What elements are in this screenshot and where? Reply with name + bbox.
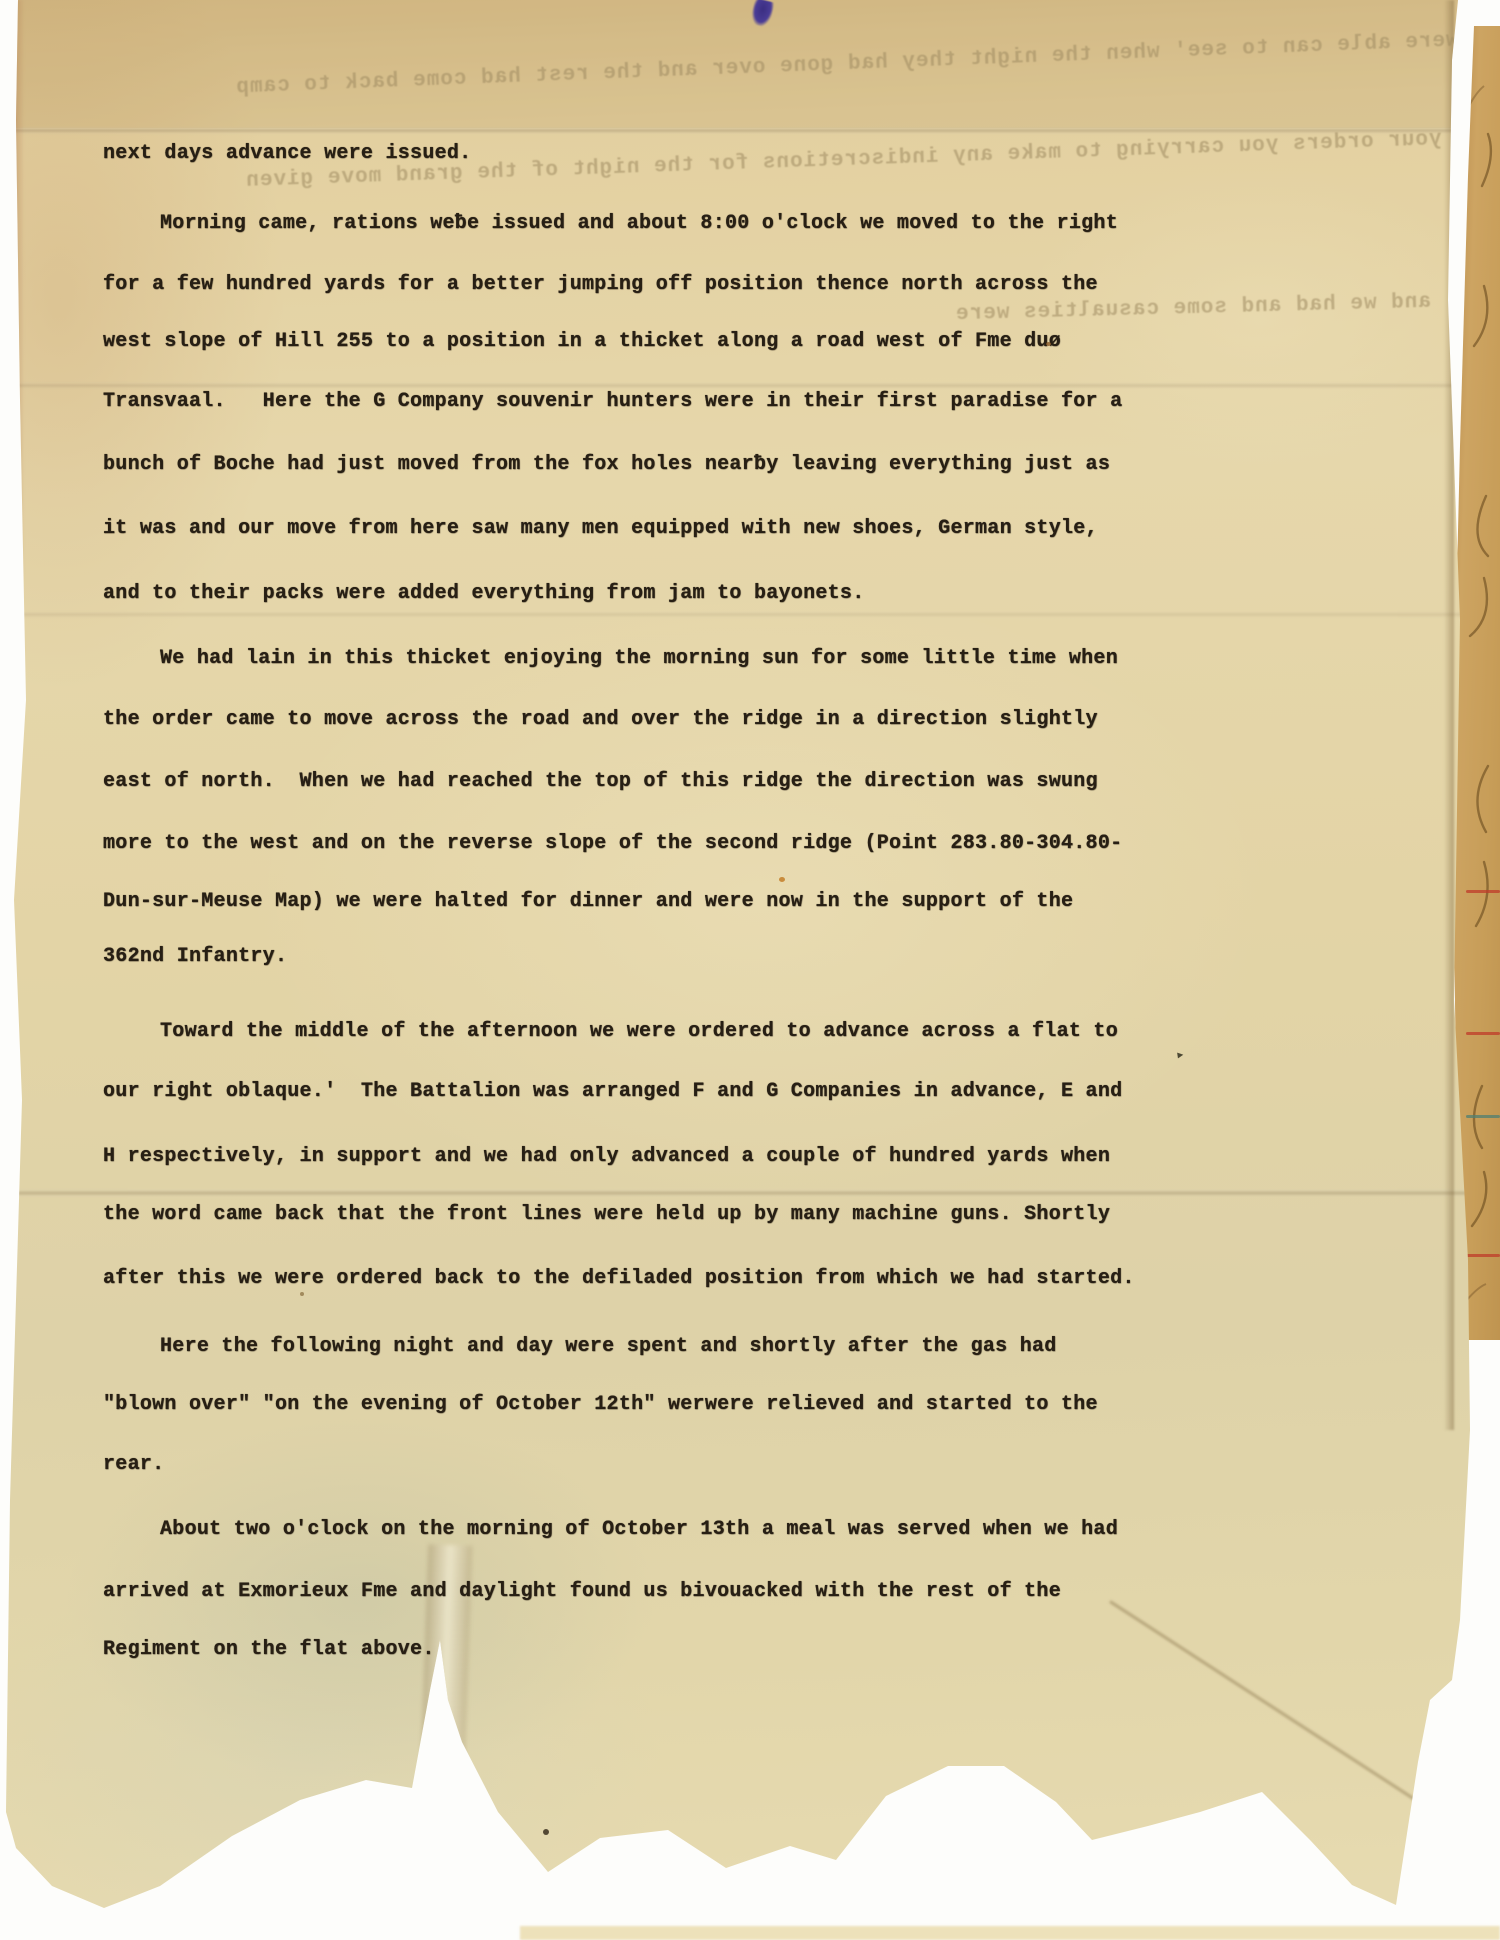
stray-arrow-mark: ▸	[1175, 1047, 1186, 1063]
typed-line: We had lain in this thicket enjoying the…	[160, 646, 1118, 672]
typed-line: Dun-sur-Meuse Map) we were halted for di…	[103, 889, 1073, 915]
bottom-paper-sliver	[520, 1926, 1500, 1940]
ledger-rule-line	[1466, 890, 1500, 893]
paper-speck	[1108, 1874, 1112, 1878]
typed-line: more to the west and on the reverse slop…	[103, 831, 1122, 857]
paper-speck	[300, 1292, 304, 1296]
diagonal-crease	[1109, 1600, 1421, 1804]
typed-line: Regiment on the flat above.	[103, 1637, 435, 1663]
typed-line: 362nd Infantry.	[103, 944, 287, 970]
paper-speck	[543, 1829, 549, 1835]
ledger-rule-line	[1466, 1032, 1500, 1035]
typed-line: our right oblaque.' The Battalion was ar…	[103, 1079, 1122, 1105]
paper-left-edge	[8, 0, 24, 580]
paper-right-edge	[1444, 0, 1454, 1430]
typed-line: the word came back that the front lines …	[103, 1202, 1110, 1228]
typed-line: and to their packs were added everything…	[103, 581, 864, 607]
crease-fold	[0, 1190, 1500, 1196]
typed-line: Toward the middle of the afternoon we we…	[160, 1019, 1118, 1045]
typed-line: next days advance were issued.	[103, 141, 471, 167]
typed-line: Morning came, rations weƀe issued and ab…	[160, 211, 1118, 237]
ledger-rule-line	[1466, 1115, 1500, 1118]
typed-line: About two o'clock on the morning of Octo…	[160, 1517, 1118, 1543]
typed-line: rear.	[103, 1452, 164, 1478]
typed-line: Transvaal. Here the G Company souvenir h…	[103, 389, 1122, 415]
typed-line: the order came to move across the road a…	[103, 707, 1098, 733]
typed-line: bunch of Boche had just moved from the f…	[103, 452, 1110, 478]
typed-line: west slope of Hill 255 to a position in …	[103, 329, 1061, 355]
scanned-document-page: { "document": { "description": "Typewrit…	[0, 0, 1500, 1940]
paper-speck	[1046, 342, 1051, 346]
ledger-rule-line	[1466, 1254, 1500, 1257]
typed-line: H respectively, in support and we had on…	[103, 1144, 1110, 1170]
typed-line: for a few hundred yards for a better jum…	[103, 272, 1098, 298]
paper-sheet: were able can to see' when the night the…	[0, 0, 1500, 1940]
paper-speck	[779, 877, 785, 882]
typed-line: east of north. When we had reached the t…	[103, 769, 1098, 795]
typed-line: Here the following night and day were sp…	[160, 1334, 1057, 1360]
typed-line: "blown over" "on the evening of October …	[103, 1392, 1098, 1418]
crease-fold	[0, 612, 1500, 617]
typed-line: arrived at Exmorieux Fme and daylight fo…	[103, 1579, 1061, 1605]
typed-line: after this we were ordered back to the d…	[103, 1266, 1135, 1292]
typed-line: it was and our move from here saw many m…	[103, 516, 1098, 542]
crease-fold	[0, 383, 1500, 388]
